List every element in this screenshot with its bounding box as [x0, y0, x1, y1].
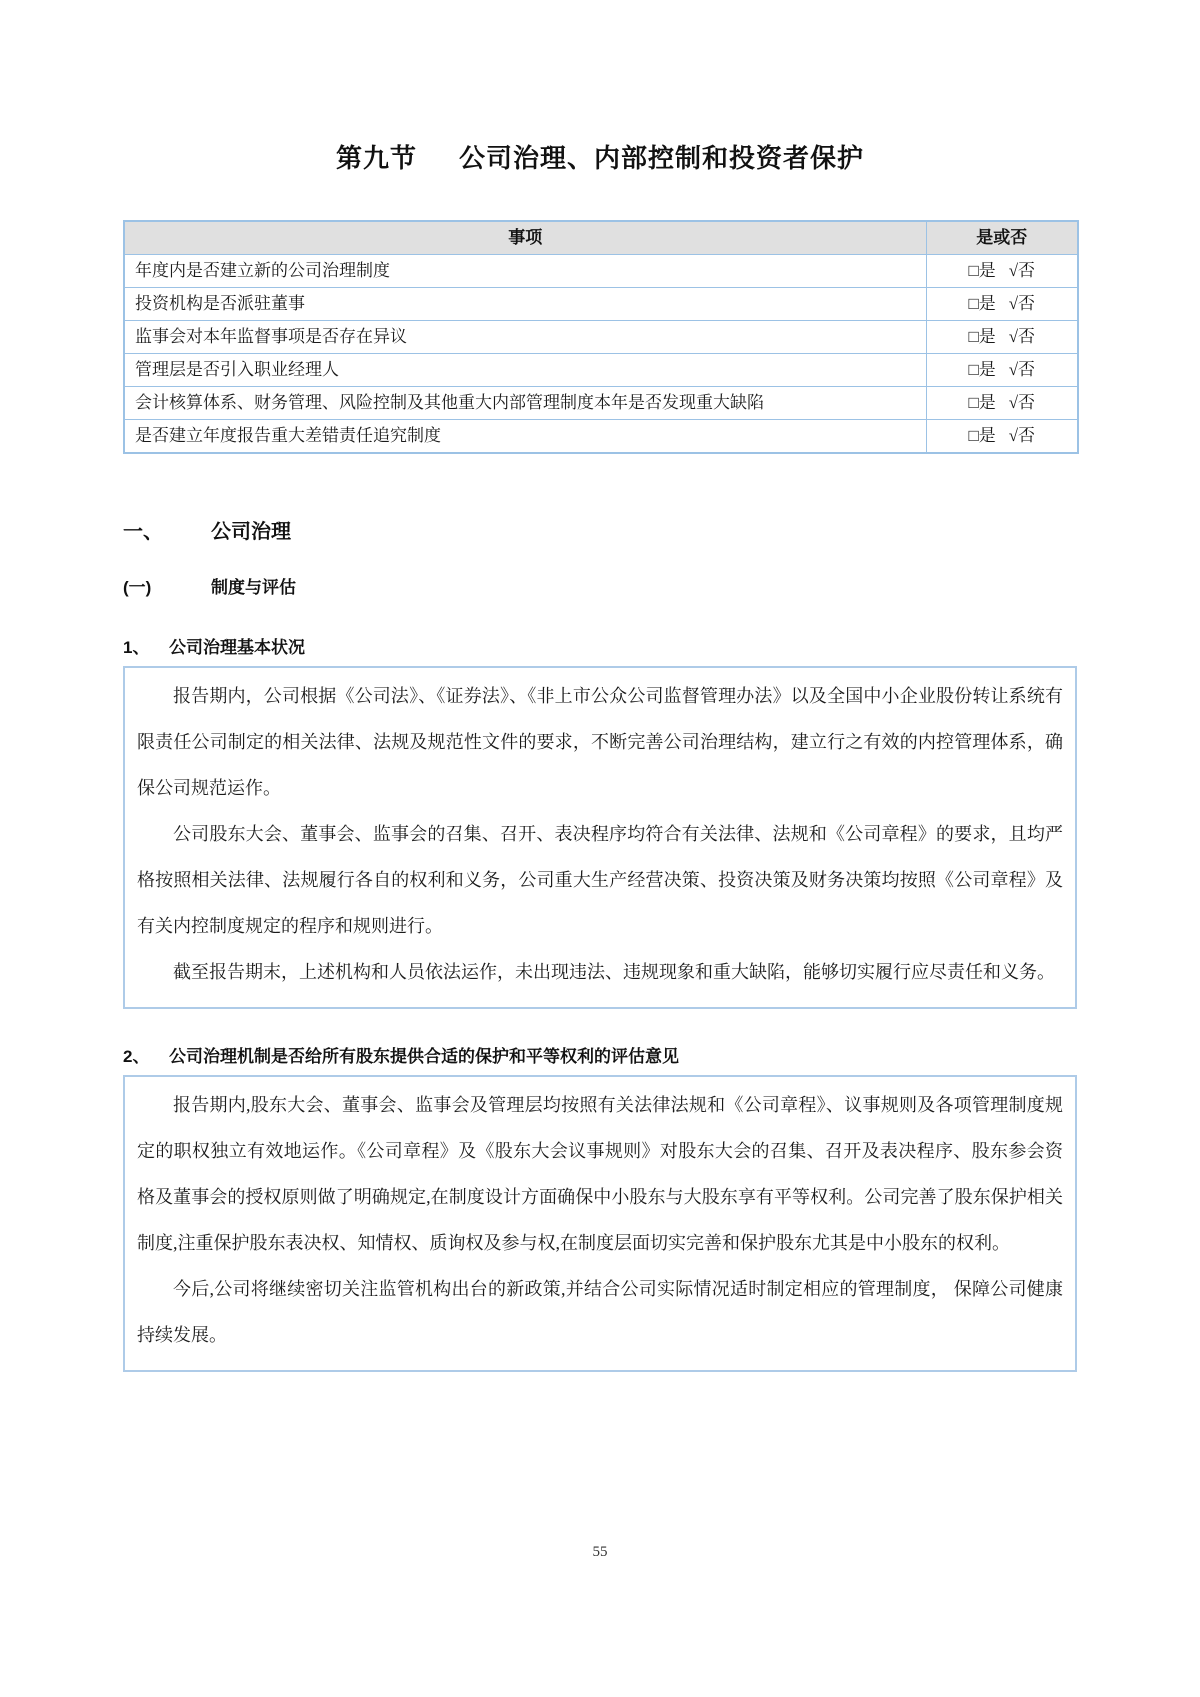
table-row: 是否建立年度报告重大差错责任追究制度 □是√否: [124, 420, 1078, 454]
page-title: 第九节公司治理、内部控制和投资者保护: [123, 140, 1077, 176]
checkmark-no: √否: [1009, 294, 1035, 313]
table-row: 会计核算体系、财务管理、风险控制及其他重大内部管理制度本年是否发现重大缺陷 □是…: [124, 387, 1078, 420]
governance-status-box: 报告期内，公司根据《公司法》、《证券法》、《非上市公众公司监督管理办法》以及全国…: [123, 666, 1077, 1009]
checkbox-yes: □是: [968, 327, 995, 346]
checkbox-yes: □是: [968, 426, 995, 445]
item-label: 投资机构是否派驻董事: [124, 288, 926, 321]
section-number: 第九节: [336, 143, 417, 173]
checkbox-yes: □是: [968, 261, 995, 280]
checkmark-no: √否: [1009, 360, 1035, 379]
section-title-text: 公司治理、内部控制和投资者保护: [459, 143, 864, 173]
item-label: 是否建立年度报告重大差错责任追究制度: [124, 420, 926, 454]
answer-cell: □是√否: [926, 420, 1078, 454]
governance-checklist-table: 事项 是或否 年度内是否建立新的公司治理制度 □是√否 投资机构是否派驻董事 □…: [123, 220, 1079, 454]
heading-text: 公司治理基本状况: [169, 638, 305, 657]
page-number: 55: [0, 1544, 1200, 1561]
shareholder-protection-box: 报告期内,股东大会、董事会、监事会及管理层均按照有关法律法规和《公司章程》、议事…: [123, 1075, 1077, 1372]
table-header-row: 事项 是或否: [124, 221, 1078, 255]
heading-text: 公司治理机制是否给所有股东提供合适的保护和平等权利的评估意见: [169, 1047, 679, 1066]
paragraph: 报告期内，公司根据《公司法》、《证券法》、《非上市公众公司监督管理办法》以及全国…: [137, 673, 1063, 811]
checkmark-no: √否: [1009, 393, 1035, 412]
answer-cell: □是√否: [926, 321, 1078, 354]
item-label: 监事会对本年监督事项是否存在异议: [124, 321, 926, 354]
column-header-item: 事项: [124, 221, 926, 255]
answer-cell: □是√否: [926, 387, 1078, 420]
page-content: 第九节公司治理、内部控制和投资者保护 事项 是或否 年度内是否建立新的公司治理制…: [123, 140, 1077, 1372]
heading-number: 1、: [123, 636, 169, 660]
document-page: { "title": { "section_no": "第九节", "text"…: [0, 0, 1200, 1697]
column-header-yes-no: 是或否: [926, 221, 1078, 255]
table-row: 管理层是否引入职业经理人 □是√否: [124, 354, 1078, 387]
table-row: 监事会对本年监督事项是否存在异议 □是√否: [124, 321, 1078, 354]
checkmark-no: √否: [1009, 327, 1035, 346]
paragraph: 截至报告期末，上述机构和人员依法运作，未出现违法、违规现象和重大缺陷，能够切实履…: [137, 949, 1063, 995]
table-row: 年度内是否建立新的公司治理制度 □是√否: [124, 255, 1078, 288]
answer-cell: □是√否: [926, 255, 1078, 288]
paragraph: 今后,公司将继续密切关注监管机构出台的新政策,并结合公司实际情况适时制定相应的管…: [137, 1266, 1063, 1358]
checkbox-yes: □是: [968, 360, 995, 379]
heading-shareholder-protection-evaluation: 2、公司治理机制是否给所有股东提供合适的保护和平等权利的评估意见: [123, 1045, 1077, 1069]
answer-cell: □是√否: [926, 354, 1078, 387]
heading-governance-basic-status: 1、公司治理基本状况: [123, 636, 1077, 660]
paragraph: 报告期内,股东大会、董事会、监事会及管理层均按照有关法律法规和《公司章程》、议事…: [137, 1082, 1063, 1266]
heading-text: 制度与评估: [211, 578, 296, 597]
heading-corporate-governance: 一、公司治理: [123, 518, 1077, 546]
item-label: 管理层是否引入职业经理人: [124, 354, 926, 387]
table-row: 投资机构是否派驻董事 □是√否: [124, 288, 1078, 321]
heading-number: 一、: [123, 518, 211, 546]
checkbox-yes: □是: [968, 393, 995, 412]
item-label: 会计核算体系、财务管理、风险控制及其他重大内部管理制度本年是否发现重大缺陷: [124, 387, 926, 420]
item-label: 年度内是否建立新的公司治理制度: [124, 255, 926, 288]
paragraph: 公司股东大会、董事会、监事会的召集、召开、表决程序均符合有关法律、法规和《公司章…: [137, 811, 1063, 949]
heading-text: 公司治理: [211, 521, 291, 543]
heading-number: (一): [123, 576, 211, 600]
checkmark-no: √否: [1009, 426, 1035, 445]
heading-system-and-evaluation: (一)制度与评估: [123, 576, 1077, 600]
checkmark-no: √否: [1009, 261, 1035, 280]
checkbox-yes: □是: [968, 294, 995, 313]
heading-number: 2、: [123, 1045, 169, 1069]
answer-cell: □是√否: [926, 288, 1078, 321]
